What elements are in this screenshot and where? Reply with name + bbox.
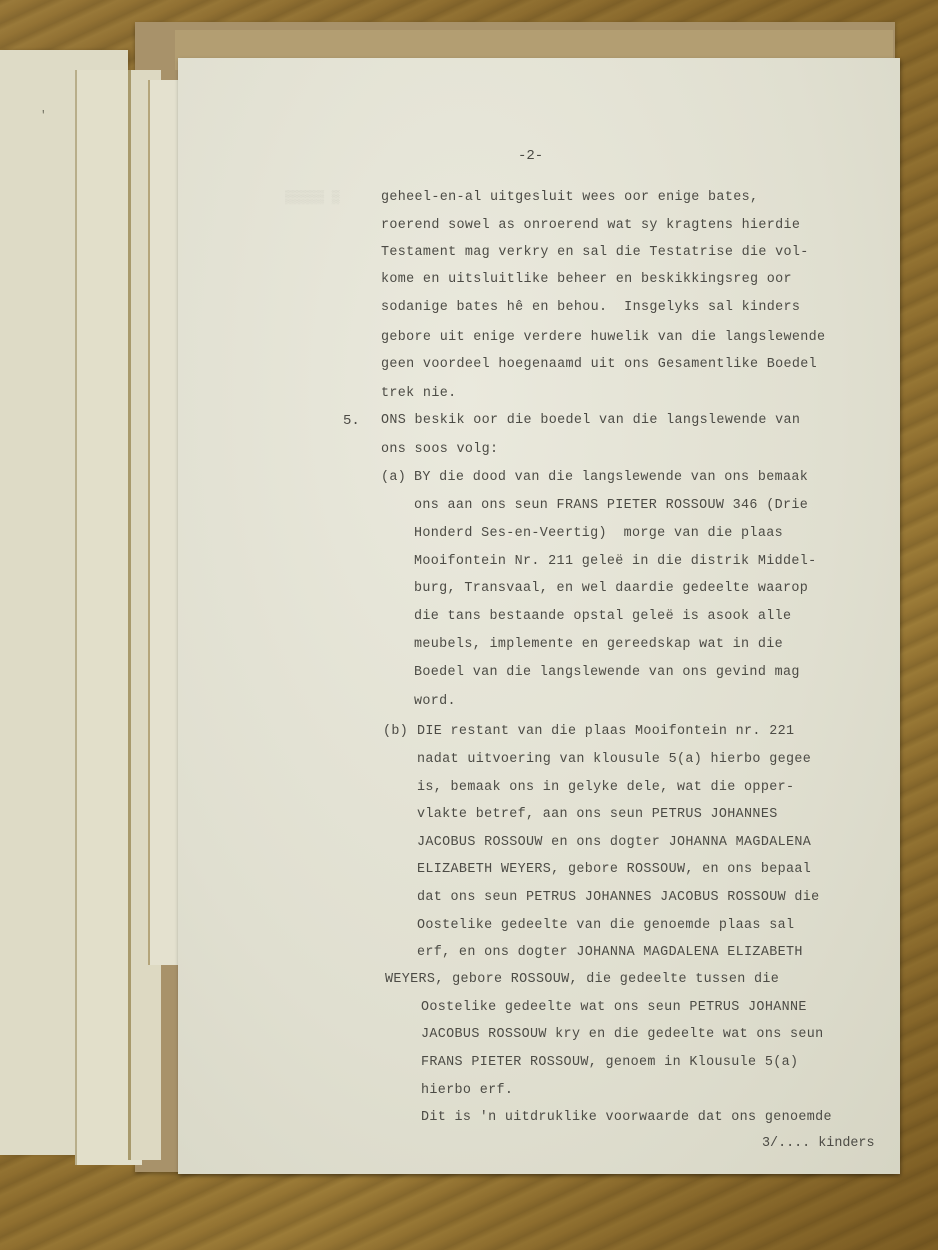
subclause-label: (a) [381,470,406,485]
text-line: trek nie. [381,386,456,401]
subclause-label: (b) [383,724,408,739]
inner-page-edge [148,80,178,965]
text-line: Oostelike gedeelte wat ons seun PETRUS J… [421,1000,807,1015]
text-line: ONS beskik oor die boedel van die langsl… [381,413,800,428]
text-line: dat ons seun PETRUS JOHANNES JACOBUS ROS… [417,890,820,905]
text-line: vlakte betref, aan ons seun PETRUS JOHAN… [417,807,778,822]
text-line: Boedel van die langslewende van ons gevi… [414,665,800,680]
page-number: -2- [518,148,543,164]
catchword-footer: 3/.... kinders [762,1136,875,1151]
text-line: sodanige bates hê en behou. Insgelyks sa… [381,300,800,315]
text-line: gebore uit enige verdere huwelik van die… [381,330,825,345]
text-line: Mooifontein Nr. 211 geleë in die distrik… [414,554,817,569]
pencil-mark: ' [40,110,47,122]
text-line: die tans bestaande opstal geleë is asook… [414,609,791,624]
text-line: JACOBUS ROSSOUW en ons dogter JOHANNA MA… [417,835,811,850]
text-line: ELIZABETH WEYERS, gebore ROSSOUW, en ons… [417,862,811,877]
text-line: word. [414,694,456,709]
text-line: hierbo erf. [421,1083,513,1098]
text-line: Testament mag verkry en sal die Testatri… [381,245,809,260]
text-line: ons aan ons seun FRANS PIETER ROSSOUW 34… [414,498,808,513]
text-line: ons soos volg: [381,442,498,457]
text-line: Honderd Ses-en-Veertig) morge van die pl… [414,526,783,541]
text-line: geen voordeel hoegenaamd uit ons Gesamen… [381,357,817,372]
text-line: erf, en ons dogter JOHANNA MAGDALENA ELI… [417,945,803,960]
text-line: roerend sowel as onroerend wat sy kragte… [381,218,800,233]
text-line: kome en uitsluitlike beheer en beskikkin… [381,272,792,287]
text-line: is, bemaak ons in gelyke dele, wat die o… [417,780,794,795]
text-line: nadat uitvoering van klousule 5(a) hierb… [417,752,811,767]
text-line: BY die dood van die langslewende van ons… [414,470,808,485]
text-line: Oostelike gedeelte van die genoemde plaa… [417,918,794,933]
text-line-outdented: WEYERS, gebore ROSSOUW, die gedeelte tus… [385,972,779,987]
text-line: DIE restant van die plaas Mooifontein nr… [417,724,794,739]
text-line: JACOBUS ROSSOUW kry en die gedeelte wat … [421,1027,824,1042]
clause-number: 5. [343,413,360,429]
text-line: FRANS PIETER ROSSOUW, genoem in Klousule… [421,1055,798,1070]
text-line: Dit is 'n uitdruklike voorwaarde dat ons… [421,1110,832,1125]
text-line: burg, Transvaal, en wel daardie gedeelte… [414,581,808,596]
bleed-through-text: ▒▒▒▒▒ ▒ [285,190,340,205]
text-line: geheel-en-al uitgesluit wees oor enige b… [381,190,758,205]
text-line: meubels, implemente en gereedskap wat in… [414,637,783,652]
